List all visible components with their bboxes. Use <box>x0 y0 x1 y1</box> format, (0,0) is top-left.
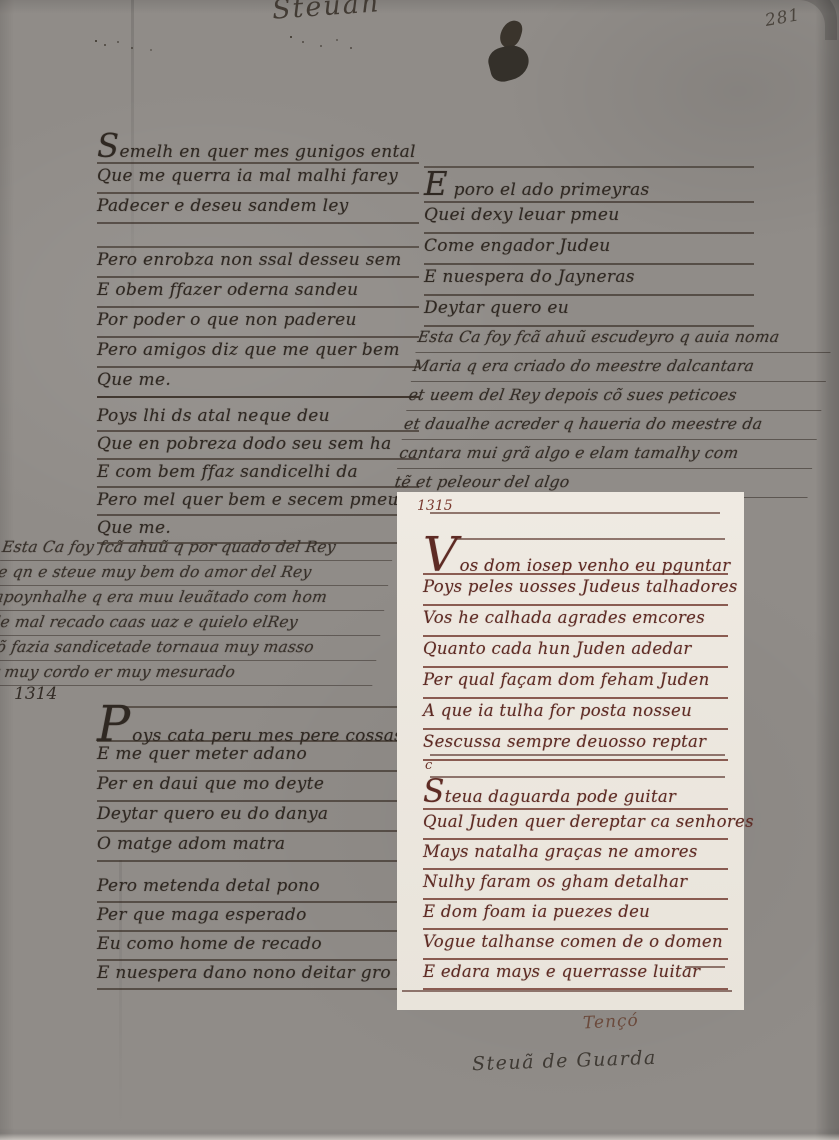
rubric-line: et ueem del Rey depois cõ sues peticoes <box>406 382 826 411</box>
verse-line: E com bem ffaz sandicelhi da <box>97 460 419 488</box>
ruled-line <box>685 966 725 968</box>
verse-line: Steua daguarda pode guitar <box>423 780 728 810</box>
rubric-note-right: Esta Ca foy fcã ahuũ escudeyro q auia no… <box>392 324 835 498</box>
verse-line: Por poder o que non padereu <box>97 308 419 338</box>
rubric-line: Maria q era criado do meestre dalcantara <box>411 353 831 382</box>
verse-line: E dom foam ia puezes deu <box>423 900 728 930</box>
left-stanza-5: Pero metenda detal pono Per que maga esp… <box>97 874 419 990</box>
highlight-stanza-1: Vos dom iosep venho eu pguntar Poys pele… <box>423 544 728 761</box>
verse-line: Que en pobreza dodo seu sem ha <box>97 432 419 460</box>
attribution-note: Steuã de Guarda <box>472 1047 657 1075</box>
manuscript-page: Steuan 281 Semelh en quer mes gunigos en… <box>0 0 839 1140</box>
verse-line: Quanto cada hun Juden adedar <box>423 637 728 668</box>
ruled-line <box>455 538 725 540</box>
verse-line: Per en daui que mo deyte <box>97 772 419 802</box>
verse-line: Per qual façam dom feham Juden <box>423 668 728 699</box>
ruled-line <box>424 166 754 168</box>
ruled-line <box>430 754 725 756</box>
genre-label: Tençó <box>583 1011 640 1034</box>
verse-line: Come engador Judeu <box>424 234 754 265</box>
note-line: apoynhalhe q era muu leuãtado com hom <box>0 586 388 611</box>
ink-specks <box>290 36 292 38</box>
verse-line: E edara mays e querrasse luitar <box>423 960 728 990</box>
note-line: nõ fazia sandicetade tornaua muy masso <box>0 636 380 661</box>
verse-line: Deytar quero eu do danya <box>97 802 419 832</box>
verse-line: Pero enrobza non ssal desseu sem <box>97 248 419 278</box>
verse-line: Poys peles uosses Judeus talhadores <box>423 575 728 606</box>
verse-line: E nuespera dano nono deitar gro eu <box>97 961 419 990</box>
left-stanza-4: Poys cata peru mes pere cossas razoes de… <box>97 712 419 862</box>
left-stanza-3: Poys lhi ds atal neque deu Que en pobrez… <box>97 404 419 544</box>
ink-blot-icon <box>487 20 535 82</box>
left-stanza-2: Pero enrobza non ssal desseu sem E obem … <box>97 248 419 398</box>
ink-specks <box>95 40 97 42</box>
verse-line: E me quer meter adano <box>97 742 419 772</box>
ruled-line <box>112 706 412 708</box>
year-1314: 1314 <box>14 684 57 704</box>
verse-line: Que me. <box>97 368 419 398</box>
verse-line: Padecer e deseu sandem ley <box>97 194 419 224</box>
verse-line: Mays natalha graças ne amores <box>423 840 728 870</box>
margin-note-left: Esta Ca foy fcã ahuũ q por quado del Rey… <box>0 536 396 686</box>
note-line: e qn e steue muy bem do amor del Rey <box>0 561 392 586</box>
verse-line: Quei dexy leuar pmeu <box>424 203 754 234</box>
left-stanza-1: Semelh en quer mes gunigos ental Que me … <box>97 134 419 224</box>
verse-line: E obem ffazer oderna sandeu <box>97 278 419 308</box>
verse-line: Qual Juden quer dereptar ca senhores <box>423 810 728 840</box>
ruled-line <box>402 990 732 992</box>
margin-mark: c <box>425 758 432 773</box>
verse-line: Pero amigos diz que me quer bem <box>97 338 419 368</box>
header-scribble: Steuan <box>271 0 381 26</box>
verse-line: Vogue talhanse comen de o domen <box>423 930 728 960</box>
note-line: er muy cordo er muy mesurado <box>0 661 376 686</box>
verse-line: Pero mel quer bem e secem pmeu <box>97 488 419 516</box>
ruled-line <box>97 396 419 398</box>
right-stanza-1: E poro el ado primeyras Quei dexy leuar … <box>424 172 754 327</box>
verse-line: A que ia tulha for posta nosseu <box>423 699 728 730</box>
verse-line: Per que maga esperado <box>97 903 419 932</box>
verse-line: E nuespera do Jayneras <box>424 265 754 296</box>
scan-edge-right <box>815 0 839 1140</box>
verse-line: Nulhy faram os gham detalhar <box>423 870 728 900</box>
rubric-line: Esta Ca foy fcã ahuũ escudeyro q auia no… <box>415 324 835 353</box>
highlight-region: 1315 Vos dom iosep venho eu pguntar Poys… <box>397 492 744 1010</box>
ruled-line <box>430 512 720 514</box>
verse-line: Pero metenda detal pono <box>97 874 419 903</box>
verse-line: O matge adom matra <box>97 832 419 862</box>
verse-line: Vos he calhada agrades emcores <box>423 606 728 637</box>
rubric-line: et daualhe acreder q haueria do meestre … <box>402 411 822 440</box>
page-bottom-edge <box>0 1128 839 1140</box>
highlight-stanza-2: Steua daguarda pode guitar Qual Juden qu… <box>423 780 728 990</box>
verse-line: E poro el ado primeyras <box>424 172 754 203</box>
verse-line: Poys lhi ds atal neque deu <box>97 404 419 432</box>
note-line: de mal recado caas uaz e quielo elRey <box>0 611 384 636</box>
verse-line: Vos dom iosep venho eu pguntar <box>423 544 728 575</box>
verse-line: Sescussa sempre deuosso reptar <box>423 730 728 761</box>
ruled-line <box>430 776 725 778</box>
verse-line: Eu como home de recado <box>97 932 419 961</box>
note-line: Esta Ca foy fcã ahuũ q por quado del Rey <box>0 536 396 561</box>
rubric-line: cantara mui grã algo e elam tamalhy com <box>397 440 817 469</box>
verse-line: Semelh en quer mes gunigos ental <box>97 134 419 164</box>
verse-line: Deytar quero eu <box>424 296 754 327</box>
verse-line: Poys cata peru mes pere cossas razoes de… <box>97 712 419 742</box>
verse-line: Que me querra ia mal malhi farey <box>97 164 419 194</box>
